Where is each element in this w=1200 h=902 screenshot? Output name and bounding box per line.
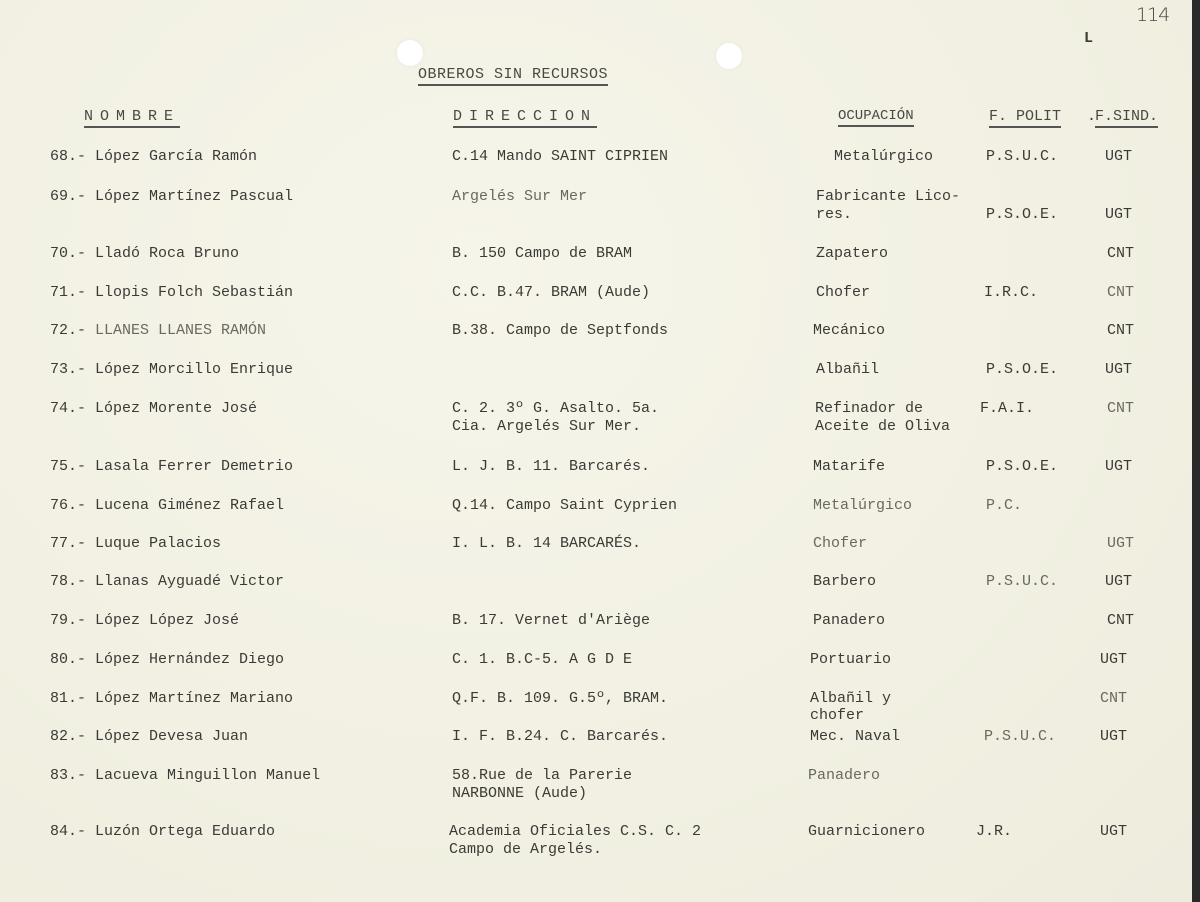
row-number-name: 70.- Lladó Roca Bruno [50, 245, 239, 262]
row-direccion: C.14 Mando SAINT CIPRIEN [452, 148, 668, 165]
header-f-sind: F.SIND. [1095, 108, 1158, 128]
row-f-polit: I.R.C. [984, 284, 1038, 301]
row-ocupacion: Panadero [813, 612, 885, 629]
row-number-name: 84.- Luzón Ortega Eduardo [50, 823, 275, 840]
row-f-sind: CNT [1107, 612, 1134, 629]
row-number-name: 71.- Llopis Folch Sebastián [50, 284, 293, 301]
row-number-name: 72.- LLANES LLANES RAMÓN [50, 322, 266, 339]
row-f-sind: UGT [1100, 728, 1127, 745]
row-f-sind: UGT [1105, 206, 1132, 223]
document-page: 114 L OBREROS SIN RECURSOS NOMBRE DIRECC… [0, 0, 1192, 902]
row-direccion: B. 150 Campo de BRAM [452, 245, 632, 262]
row-f-sind: UGT [1100, 651, 1127, 668]
row-number-name: 75.- Lasala Ferrer Demetrio [50, 458, 293, 475]
row-number-name: 74.- López Morente José [50, 400, 257, 417]
row-ocupacion: Metalúrgico [813, 497, 912, 514]
document-title: OBREROS SIN RECURSOS [418, 66, 608, 86]
row-ocupacion: Panadero [808, 767, 880, 784]
row-direccion-line1: 58.Rue de la Parerie [452, 767, 632, 784]
row-number-name: 73.- López Morcillo Enrique [50, 361, 293, 378]
header-nombre: NOMBRE [84, 108, 180, 128]
row-ocupacion: Zapatero [816, 245, 888, 262]
row-direccion: I. F. B.24. C. Barcarés. [452, 728, 668, 745]
row-ocupacion: Chofer [813, 535, 867, 552]
row-ocupacion: Metalúrgico [834, 148, 933, 165]
row-direccion: L. J. B. 11. Barcarés. [452, 458, 650, 475]
row-ocupacion-line1: Fabricante Lico- [816, 188, 960, 205]
row-ocupacion: Matarife [813, 458, 885, 475]
row-f-sind: UGT [1100, 823, 1127, 840]
row-f-polit: P.S.O.E. [986, 361, 1058, 378]
row-f-sind: UGT [1105, 573, 1132, 590]
row-direccion: C. 1. B.C-5. A G D E [452, 651, 632, 668]
row-ocupacion: Barbero [813, 573, 876, 590]
row-number-name: 83.- Lacueva Minguillon Manuel [50, 767, 320, 784]
punch-hole-right [716, 43, 742, 69]
row-f-sind: CNT [1107, 400, 1134, 417]
row-direccion: Q.14. Campo Saint Cyprien [452, 497, 677, 514]
row-direccion-line1: C. 2. 3º G. Asalto. 5a. [452, 400, 659, 417]
row-ocupacion: Chofer [816, 284, 870, 301]
row-f-sind: CNT [1100, 690, 1127, 707]
header-direccion: DIRECCION [453, 108, 597, 128]
row-number-name: 68.- López García Ramón [50, 148, 257, 165]
row-ocupacion: Guarnicionero [808, 823, 925, 840]
row-number-name: 77.- Luque Palacios [50, 535, 221, 552]
row-f-sind: CNT [1107, 245, 1134, 262]
row-f-polit: P.S.O.E. [986, 206, 1058, 223]
row-ocupacion: Albañil [816, 361, 879, 378]
row-f-polit: P.C. [986, 497, 1022, 514]
page-number: 114 [1136, 4, 1169, 26]
row-direccion-line2: Campo de Argelés. [449, 841, 602, 858]
row-direccion: C.C. B.47. BRAM (Aude) [452, 284, 650, 301]
row-ocupacion: Mecánico [813, 322, 885, 339]
row-ocupacion: Mec. Naval [810, 728, 900, 745]
row-direccion: B. 17. Vernet d'Ariège [452, 612, 650, 629]
row-ocupacion-line2: chofer [810, 707, 864, 724]
letter-mark: L [1084, 30, 1093, 47]
row-ocupacion-line2: Aceite de Oliva [815, 418, 950, 435]
row-f-sind: UGT [1105, 458, 1132, 475]
row-f-polit: P.S.O.E. [986, 458, 1058, 475]
row-number-name: 81.- López Martínez Mariano [50, 690, 293, 707]
row-direccion: Argelés Sur Mer [452, 188, 587, 205]
row-direccion: I. L. B. 14 BARCARÉS. [452, 535, 641, 552]
row-direccion: Q.F. B. 109. G.5º, BRAM. [452, 690, 668, 707]
row-direccion-line1: Academia Oficiales C.S. C. 2 [449, 823, 701, 840]
row-ocupacion: Portuario [810, 651, 891, 668]
header-f-polit: F. POLIT [989, 108, 1061, 128]
row-f-sind: UGT [1107, 535, 1134, 552]
row-f-polit: P.S.U.C. [984, 728, 1056, 745]
row-f-polit: J.R. [976, 823, 1012, 840]
row-number-name: 80.- López Hernández Diego [50, 651, 284, 668]
row-ocupacion-line1: Albañil y [810, 690, 891, 707]
row-f-polit: P.S.U.C. [986, 573, 1058, 590]
header-ocupacion: OCUPACIÓN [838, 108, 914, 127]
row-f-polit: P.S.U.C. [986, 148, 1058, 165]
row-ocupacion-line2: res. [816, 206, 852, 223]
row-number-name: 79.- López López José [50, 612, 239, 629]
row-f-sind: UGT [1105, 148, 1132, 165]
row-number-name: 69.- López Martínez Pascual [50, 188, 293, 205]
row-f-polit: F.A.I. [980, 400, 1034, 417]
row-direccion-line2: NARBONNE (Aude) [452, 785, 587, 802]
row-f-sind: UGT [1105, 361, 1132, 378]
row-f-sind: CNT [1107, 322, 1134, 339]
row-direccion: B.38. Campo de Septfonds [452, 322, 668, 339]
row-f-sind: CNT [1107, 284, 1134, 301]
row-number-name: 82.- López Devesa Juan [50, 728, 248, 745]
row-ocupacion-line1: Refinador de [815, 400, 923, 417]
row-direccion-line2: Cia. Argelés Sur Mer. [452, 418, 641, 435]
row-number-name: 76.- Lucena Giménez Rafael [50, 497, 284, 514]
punch-hole-left [397, 40, 423, 66]
row-number-name: 78.- Llanas Ayguadé Victor [50, 573, 284, 590]
